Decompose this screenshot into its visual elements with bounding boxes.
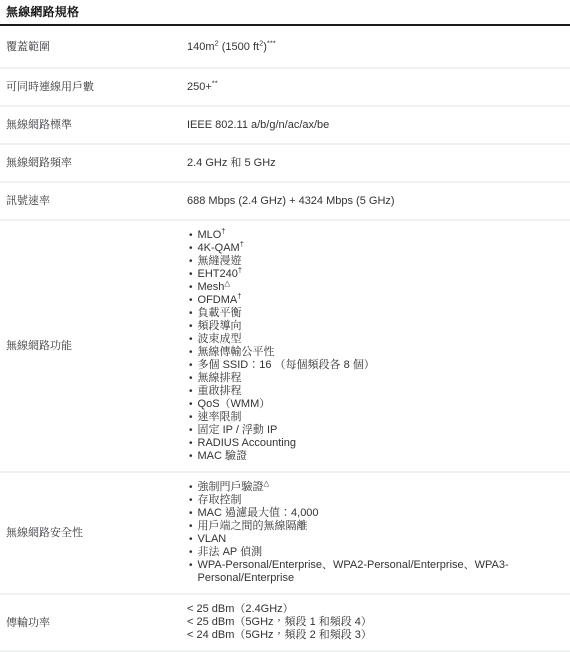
spec-label: 訊號速率 <box>0 194 187 208</box>
value-line: < 25 dBm（5GHz，頻段 1 和頻段 4） <box>187 616 566 629</box>
list-item-text: MAC 驗證 <box>198 450 566 463</box>
list-item-text: RADIUS Accounting <box>198 437 566 450</box>
bullet-dot: • <box>189 437 193 450</box>
list-item-text: Mesh△ <box>198 281 566 294</box>
bullet-dot: • <box>189 533 193 546</box>
bullet-dot: • <box>189 424 193 437</box>
bullet-item: •波束成型 <box>187 333 566 346</box>
bullet-dot: • <box>189 372 193 385</box>
spec-label: 無線網路頻率 <box>0 156 187 170</box>
spec-label: 無線網路標準 <box>0 118 187 132</box>
bullet-dot: • <box>189 559 193 572</box>
bullet-item: •VLAN <box>187 533 566 546</box>
list-item-text: 負載平衡 <box>198 307 566 320</box>
list-item-text: VLAN <box>198 533 566 546</box>
list-item-text: 速率限制 <box>198 411 566 424</box>
spec-value: 140m2 (1500 ft2)*** <box>187 41 570 54</box>
list-item-text: 用戶端之間的無線隔離 <box>198 520 566 533</box>
spec-row-wireless-security: 無線網路安全性 •強制門戶驗證△•存取控制•MAC 過濾最大值：4,000•用戶… <box>0 473 570 595</box>
bullet-dot: • <box>189 411 193 424</box>
spec-value-list: •MLO†•4K-QAM†•無縫漫遊•EHT240†•Mesh△•OFDMA†•… <box>187 229 570 463</box>
list-item-text: 無線傳輸公平性 <box>198 346 566 359</box>
bullet-item: •固定 IP / 浮動 IP <box>187 424 566 437</box>
bullet-item: •無縫漫遊 <box>187 255 566 268</box>
spec-row-wireless-functions: 無線網路功能 •MLO†•4K-QAM†•無縫漫遊•EHT240†•Mesh△•… <box>0 221 570 473</box>
bullet-dot: • <box>189 307 193 320</box>
spec-label: 覆蓋範圍 <box>0 40 187 54</box>
bullet-dot: • <box>189 229 193 242</box>
bullet-dot: • <box>189 346 193 359</box>
list-item-text: 4K-QAM† <box>198 242 566 255</box>
spec-label: 傳輸功率 <box>0 616 187 630</box>
spec-row-coverage: 覆蓋範圍 140m2 (1500 ft2)*** <box>0 26 570 69</box>
list-item-text: 非法 AP 偵測 <box>198 546 566 559</box>
bullet-item: •強制門戶驗證△ <box>187 481 566 494</box>
bullet-dot: • <box>189 320 193 333</box>
bullet-item: •無線傳輸公平性 <box>187 346 566 359</box>
list-item-text: 多個 SSID：16 （每個頻段各 8 個） <box>198 359 566 372</box>
bullet-dot: • <box>189 268 193 281</box>
bullet-item: •速率限制 <box>187 411 566 424</box>
bullet-dot: • <box>189 520 193 533</box>
spec-value: IEEE 802.11 a/b/g/n/ac/ax/be <box>187 119 570 132</box>
bullet-item: •QoS（WMM） <box>187 398 566 411</box>
value-line: < 24 dBm（5GHz，頻段 2 和頻段 3） <box>187 629 566 642</box>
bullet-item: •MAC 過濾最大值：4,000 <box>187 507 566 520</box>
bullet-item: •EHT240† <box>187 268 566 281</box>
wireless-spec-table: 無線網路規格 覆蓋範圍 140m2 (1500 ft2)*** 可同時連線用戶數… <box>0 0 570 652</box>
list-item-text: OFDMA† <box>198 294 566 307</box>
bullet-dot: • <box>189 281 193 294</box>
spec-value: 250+** <box>187 81 570 94</box>
list-item-text: < 24 dBm（5GHz，頻段 2 和頻段 3） <box>187 629 566 642</box>
bullet-item: •負載平衡 <box>187 307 566 320</box>
value-line: < 25 dBm（2.4GHz） <box>187 603 566 616</box>
bullet-dot: • <box>189 494 193 507</box>
bullet-item: •存取控制 <box>187 494 566 507</box>
bullet-dot: • <box>189 481 193 494</box>
bullet-item: •RADIUS Accounting <box>187 437 566 450</box>
list-item-text: 強制門戶驗證△ <box>198 481 566 494</box>
spec-row-standards: 無線網路標準 IEEE 802.11 a/b/g/n/ac/ax/be <box>0 107 570 145</box>
spec-value: 2.4 GHz 和 5 GHz <box>187 157 570 170</box>
bullet-dot: • <box>189 359 193 372</box>
bullet-dot: • <box>189 385 193 398</box>
spec-value-list: < 25 dBm（2.4GHz）< 25 dBm（5GHz，頻段 1 和頻段 4… <box>187 603 570 642</box>
list-item-text: WPA-Personal/Enterprise、WPA2-Personal/En… <box>198 559 566 585</box>
bullet-item: •MAC 驗證 <box>187 450 566 463</box>
bullet-item: •頻段導向 <box>187 320 566 333</box>
list-item-text: < 25 dBm（5GHz，頻段 1 和頻段 4） <box>187 616 566 629</box>
spec-label: 無線網路功能 <box>0 339 187 353</box>
list-item-text: 頻段導向 <box>198 320 566 333</box>
spec-row-transmission-power: 傳輸功率 < 25 dBm（2.4GHz）< 25 dBm（5GHz，頻段 1 … <box>0 595 570 652</box>
spec-row-frequency: 無線網路頻率 2.4 GHz 和 5 GHz <box>0 145 570 183</box>
bullet-item: •4K-QAM† <box>187 242 566 255</box>
list-item-text: 無線排程 <box>198 372 566 385</box>
spec-row-signal-rate: 訊號速率 688 Mbps (2.4 GHz) + 4324 Mbps (5 G… <box>0 183 570 221</box>
list-item-text: MLO† <box>198 229 566 242</box>
bullet-dot: • <box>189 255 193 268</box>
list-item-text: QoS（WMM） <box>198 398 566 411</box>
bullet-dot: • <box>189 507 193 520</box>
list-item-text: MAC 過濾最大值：4,000 <box>198 507 566 520</box>
bullet-dot: • <box>189 294 193 307</box>
bullet-item: •重啟排程 <box>187 385 566 398</box>
bullet-item: •Mesh△ <box>187 281 566 294</box>
bullet-item: •無線排程 <box>187 372 566 385</box>
list-item-text: 存取控制 <box>198 494 566 507</box>
list-item-text: 固定 IP / 浮動 IP <box>198 424 566 437</box>
bullet-item: •多個 SSID：16 （每個頻段各 8 個） <box>187 359 566 372</box>
bullet-dot: • <box>189 398 193 411</box>
spec-label: 可同時連線用戶數 <box>0 80 187 94</box>
spec-value: 688 Mbps (2.4 GHz) + 4324 Mbps (5 GHz) <box>187 195 570 208</box>
bullet-item: •OFDMA† <box>187 294 566 307</box>
list-item-text: EHT240† <box>198 268 566 281</box>
bullet-dot: • <box>189 450 193 463</box>
spec-value-list: •強制門戶驗證△•存取控制•MAC 過濾最大值：4,000•用戶端之間的無線隔離… <box>187 481 570 585</box>
list-item-text: < 25 dBm（2.4GHz） <box>187 603 566 616</box>
list-item-text: 波束成型 <box>198 333 566 346</box>
bullet-item: •WPA-Personal/Enterprise、WPA2-Personal/E… <box>187 559 566 585</box>
spec-label: 無線網路安全性 <box>0 526 187 540</box>
section-title: 無線網路規格 <box>0 0 570 26</box>
bullet-dot: • <box>189 242 193 255</box>
list-item-text: 無縫漫遊 <box>198 255 566 268</box>
bullet-item: •用戶端之間的無線隔離 <box>187 520 566 533</box>
bullet-dot: • <box>189 333 193 346</box>
bullet-item: •非法 AP 偵測 <box>187 546 566 559</box>
spec-row-concurrent-clients: 可同時連線用戶數 250+** <box>0 69 570 107</box>
bullet-dot: • <box>189 546 193 559</box>
list-item-text: 重啟排程 <box>198 385 566 398</box>
